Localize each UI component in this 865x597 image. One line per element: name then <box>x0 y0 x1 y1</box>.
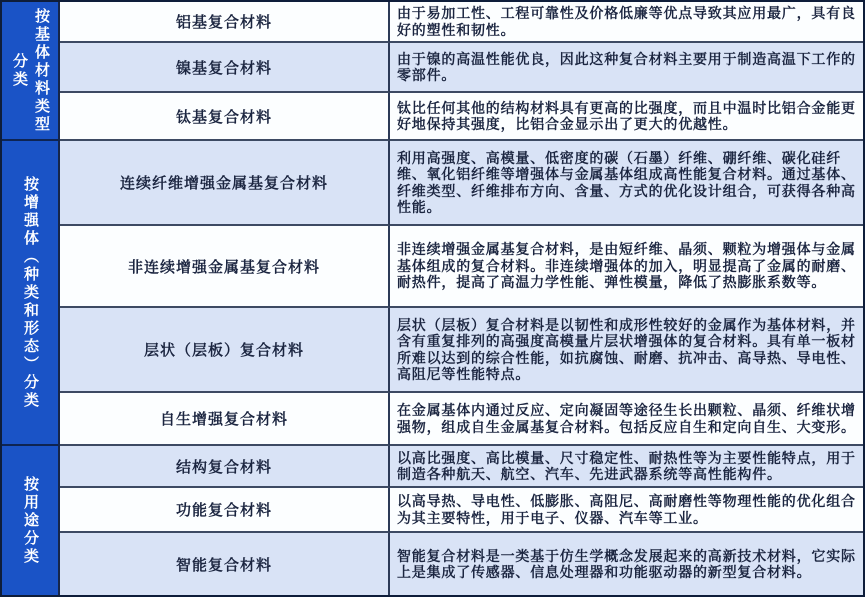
material-name-cell: 结构复合材料 <box>60 446 390 488</box>
material-desc-cell: 由于易加工性、工程可靠性及价格低廉等优点导致其应用最广，具有良好的塑性和韧性。 <box>390 2 863 43</box>
material-desc-cell: 非连续增强金属基复合材料，是由短纤维、晶须、颗粒为增强体与金属基体组成的复合材料… <box>390 226 863 308</box>
section-header-usage-text: 按用途分类 <box>19 446 41 595</box>
section-header-matrix-type-line2: 分类 <box>8 2 30 139</box>
material-desc-cell: 由于镍的高温性能优良，因此这种复合材料主要用于制造高温下工作的零部件。 <box>390 43 863 93</box>
material-name-cell: 功能复合材料 <box>60 488 390 533</box>
material-desc-cell: 以高导热、导电性、低膨胀、高阻尼、高耐磨性等物理性能的优化组合为其主要特性，用于… <box>390 488 863 533</box>
section-header-usage: 按用途分类 <box>2 446 60 595</box>
material-desc-cell: 层状（层板）复合材料是以韧性和成形性较好的金属作为基体材料，并含有重复排列的高强… <box>390 308 863 393</box>
material-name-cell: 钛基复合材料 <box>60 93 390 141</box>
material-name-cell: 非连续增强金属基复合材料 <box>60 226 390 308</box>
material-name-cell: 镍基复合材料 <box>60 43 390 93</box>
section-header-reinforcement: 按增强体（种类和形态）分类 <box>2 141 60 446</box>
material-name-cell: 铝基复合材料 <box>60 2 390 43</box>
material-name-cell: 连续纤维增强金属基复合材料 <box>60 141 390 226</box>
material-desc-cell: 利用高强度、高模量、低密度的碳（石墨）纤维、硼纤维、碳化硅纤维、氧化铝纤维等增强… <box>390 141 863 226</box>
classification-table: 按基体材料类型 分类 按增强体（种类和形态）分类 按用途分类 铝基复合材料 由于… <box>0 0 865 597</box>
material-name-cell: 自生增强复合材料 <box>60 393 390 446</box>
material-desc-cell: 以高比强度、高比模量、尺寸稳定性、耐热性等为主要性能特点，用于制造各种航天、航空… <box>390 446 863 488</box>
material-desc-cell: 智能复合材料是一类基于仿生学概念发展起来的高新技术材料，它实际上是集成了传感器、… <box>390 533 863 595</box>
section-header-reinforcement-text: 按增强体（种类和形态）分类 <box>19 141 41 444</box>
material-desc-cell: 在金属基体内通过反应、定向凝固等途径生长出颗粒、晶须、纤维状增强物，组成自生金属… <box>390 393 863 446</box>
section-header-matrix-type-line1: 按基体材料类型 <box>30 2 52 139</box>
material-desc-cell: 钛比任何其他的结构材料具有更高的比强度，而且中温时比铝合金能更好地保持其强度，比… <box>390 93 863 141</box>
material-name-cell: 层状（层板）复合材料 <box>60 308 390 393</box>
section-header-matrix-type: 按基体材料类型 分类 <box>2 2 60 141</box>
material-name-cell: 智能复合材料 <box>60 533 390 595</box>
